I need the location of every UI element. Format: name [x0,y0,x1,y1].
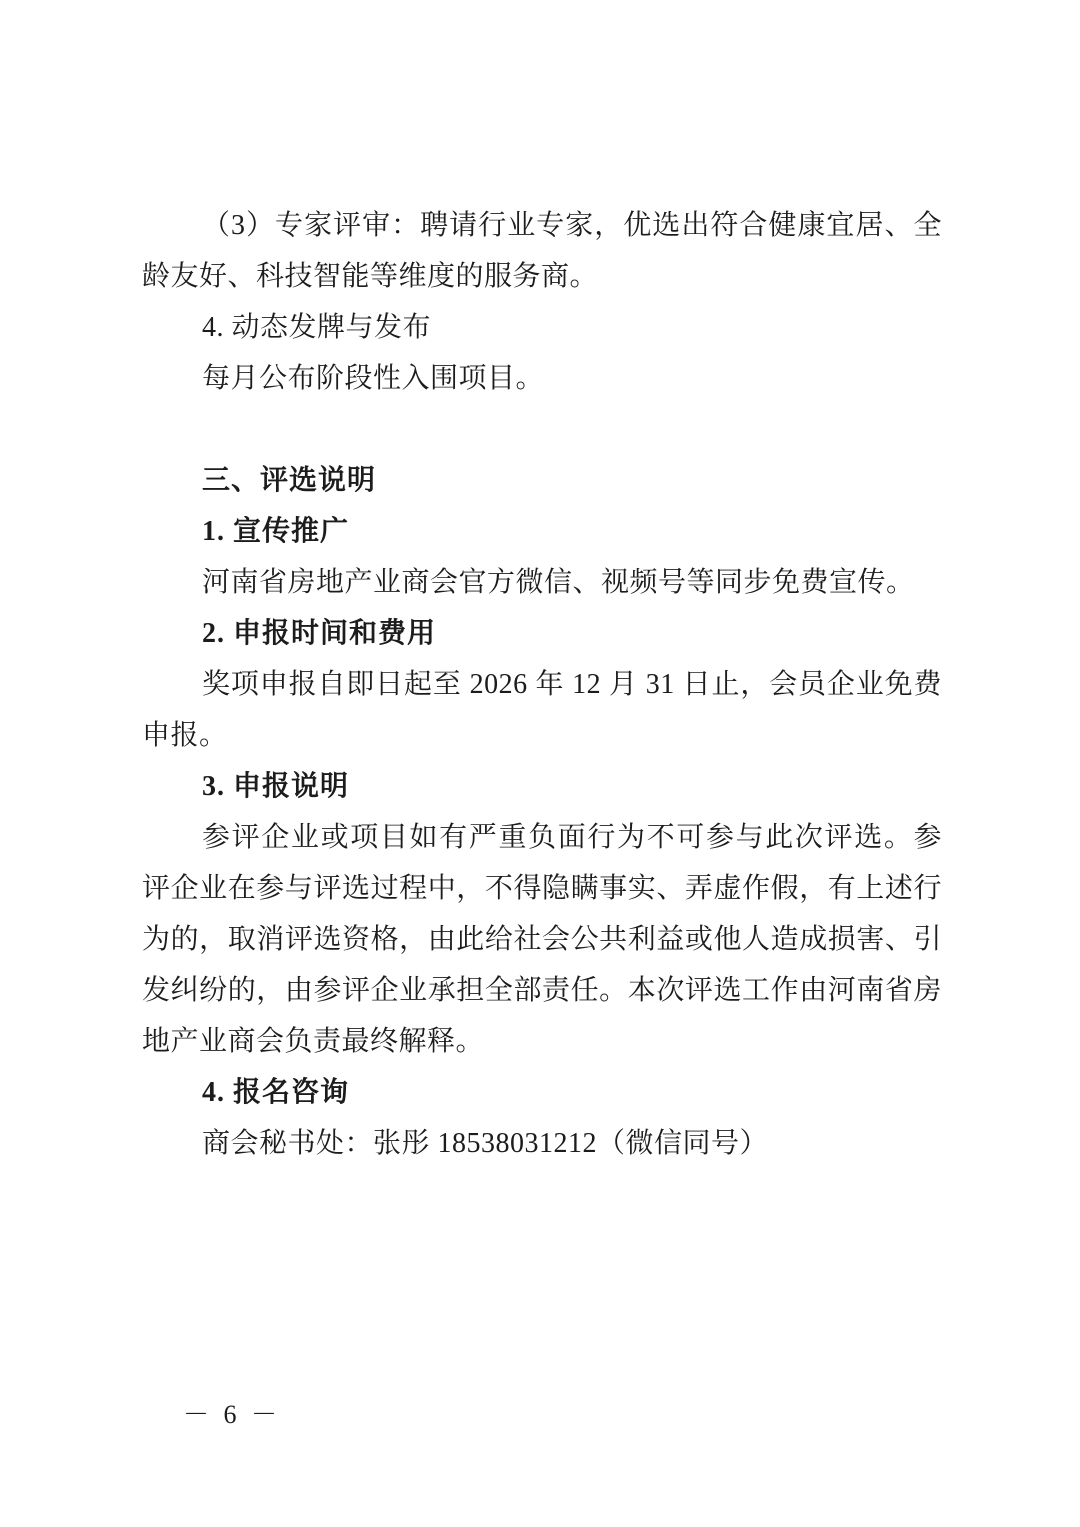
item-heading-declaration-notes: 3. 申报说明 [142,761,942,812]
paragraph-contact: 商会秘书处：张彤 18538031212（微信同号） [142,1118,942,1169]
document-body: （3）专家评审：聘请行业专家，优选出符合健康宜居、全龄友好、科技智能等维度的服务… [142,200,942,1169]
paragraph-deadline: 奖项申报自即日起至 2026 年 12 月 31 日止，会员企业免费申报。 [142,659,942,761]
item-heading-time-and-fee: 2. 申报时间和费用 [142,608,942,659]
item-heading-promotion: 1. 宣传推广 [142,506,942,557]
document-page: （3）专家评审：聘请行业专家，优选出符合健康宜居、全龄友好、科技智能等维度的服务… [0,0,1080,1527]
section-heading-evaluation-notes: 三、评选说明 [142,455,942,506]
paragraph-monthly-release: 每月公布阶段性入围项目。 [142,353,942,404]
item-heading-registration-consult: 4. 报名咨询 [142,1067,942,1118]
paragraph-declaration-rules: 参评企业或项目如有严重负面行为不可参与此次评选。参评企业在参与评选过程中，不得隐… [142,812,942,1067]
paragraph-promotion: 河南省房地产业商会官方微信、视频号等同步免费宣传。 [142,557,942,608]
list-item-dynamic-release-heading: 4. 动态发牌与发布 [142,302,942,353]
page-number: － 6 － [183,1398,281,1432]
paragraph-expert-review: （3）专家评审：聘请行业专家，优选出符合健康宜居、全龄友好、科技智能等维度的服务… [142,200,942,302]
